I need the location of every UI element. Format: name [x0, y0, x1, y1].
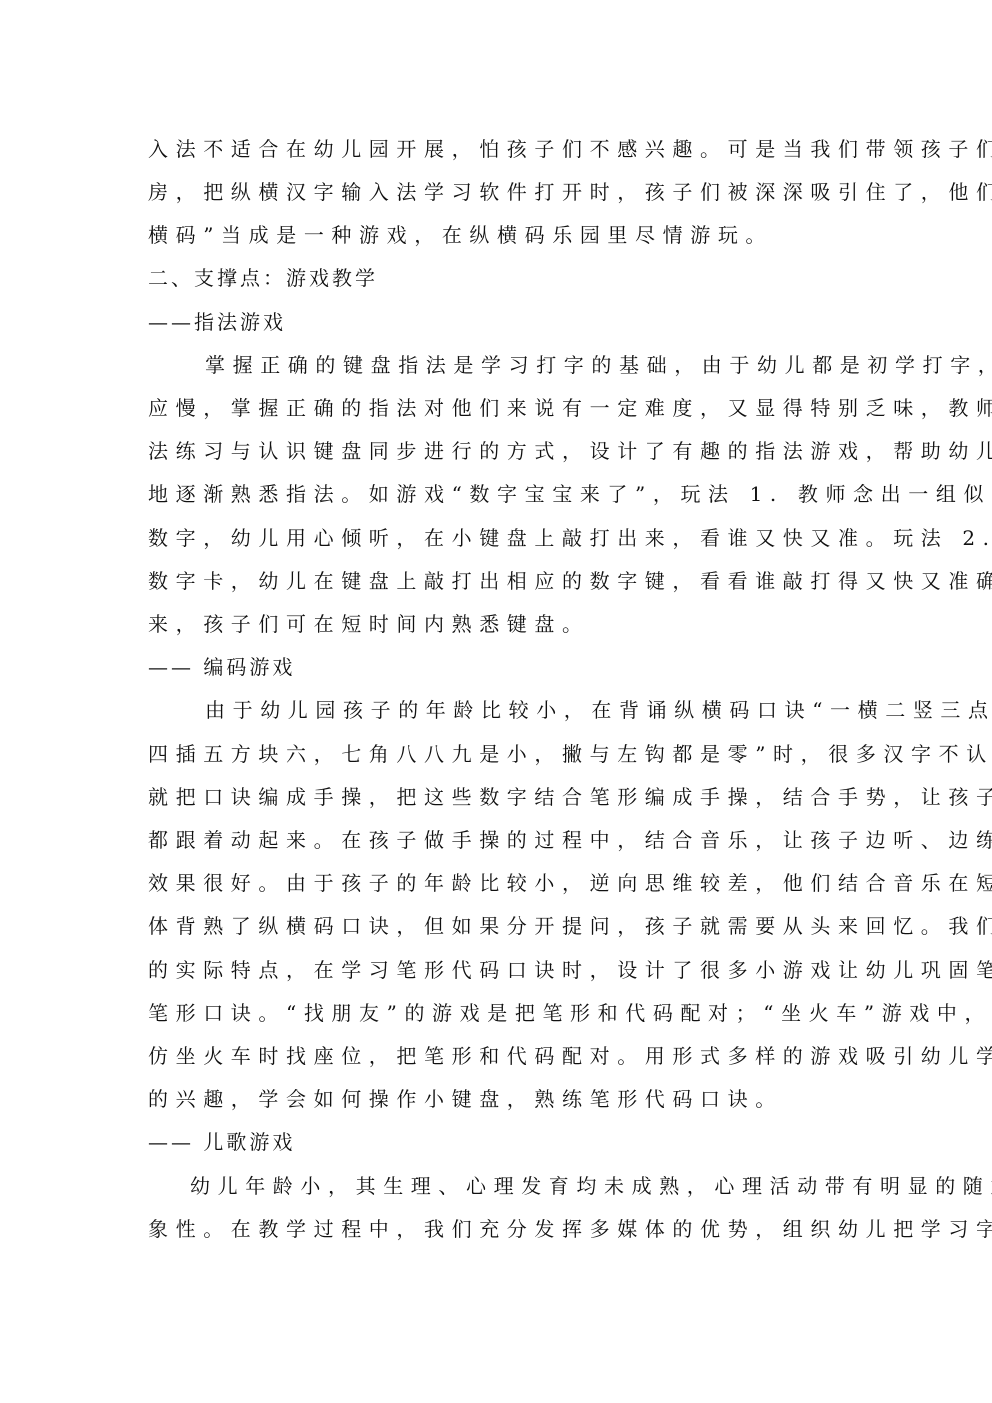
section-heading: 二、支撑点：游戏教学 — [148, 266, 378, 290]
paragraph-line: 幼儿年龄小，其生理、心理发育均未成熟，心理活动带有明显的随意性和形 — [190, 1174, 992, 1198]
paragraph-line: 地逐渐熟悉指法。如游戏“数字宝宝来了”，玩法 1. 教师念出一组似电话号码的 — [148, 482, 992, 506]
paragraph-line: 来，孩子们可在短时间内熟悉键盘。 — [148, 612, 590, 636]
paragraph-line: 四插五方块六，七角八八九是小，撇与左钩都是零”时，很多汉字不认识，我们 — [148, 742, 992, 766]
paragraph-line: 都跟着动起来。在孩子做手操的过程中，结合音乐，让孩子边听、边练、边记， — [148, 828, 992, 852]
paragraph-line: 房，把纵横汉字输入法学习软件打开时，孩子们被深深吸引住了，他们把学习“纵 — [148, 180, 992, 204]
document-page: 入法不适合在幼儿园开展，怕孩子们不感兴趣。可是当我们带领孩子们来到电脑 房，把纵… — [0, 0, 992, 1403]
paragraph-line: 横码”当成是一种游戏，在纵横码乐园里尽情游玩。 — [148, 223, 773, 247]
subsection-heading: ——指法游戏 — [148, 310, 286, 334]
paragraph-line: 体背熟了纵横码口诀，但如果分开提问，孩子就需要从头来回忆。我们结合孩子 — [148, 914, 992, 938]
subsection-heading: —— 编码游戏 — [148, 655, 295, 679]
paragraph-line: 法练习与认识键盘同步进行的方式，设计了有趣的指法游戏，帮助幼儿由慢到快 — [148, 439, 992, 463]
paragraph-line: 数字，幼儿用心倾听，在小键盘上敲打出来，看谁又快又准。玩法 2. 教师出示 — [148, 526, 992, 550]
paragraph-line: 由于幼儿园孩子的年龄比较小，在背诵纵横码口诀“一横二竖三点捺，叉 — [205, 698, 992, 722]
paragraph-line: 掌握正确的键盘指法是学习打字的基础，由于幼儿都是初学打字，手指反 — [205, 353, 992, 377]
paragraph-line: 就把口诀编成手操，把这些数字结合笔形编成手操，结合手势，让孩子整个身体 — [148, 785, 992, 809]
paragraph-line: 应慢，掌握正确的指法对他们来说有一定难度，又显得特别乏味，教师们采用指 — [148, 396, 992, 420]
subsection-heading: —— 儿歌游戏 — [148, 1130, 295, 1154]
paragraph-line: 仿坐火车时找座位，把笔形和代码配对。用形式多样的游戏吸引幼儿学习纵横码 — [148, 1044, 992, 1068]
paragraph-line: 的兴趣，学会如何操作小键盘，熟练笔形代码口诀。 — [148, 1087, 783, 1111]
paragraph-line: 入法不适合在幼儿园开展，怕孩子们不感兴趣。可是当我们带领孩子们来到电脑 — [148, 137, 992, 161]
paragraph-line: 效果很好。由于孩子的年龄比较小，逆向思维较差，他们结合音乐在短时间内整 — [148, 871, 992, 895]
paragraph-line: 笔形口诀。“找朋友”的游戏是把笔形和代码配对；“坐火车”游戏中，孩子们模 — [148, 1001, 992, 1025]
paragraph-line: 数字卡，幼儿在键盘上敲打出相应的数字键，看看谁敲打得又快又准确。这样一 — [148, 569, 992, 593]
paragraph-line: 象性。在教学过程中，我们充分发挥多媒体的优势，组织幼儿把学习字宝宝和认 — [148, 1217, 992, 1241]
paragraph-line: 的实际特点，在学习笔形代码口诀时，设计了很多小游戏让幼儿巩固笔形代码和 — [148, 958, 992, 982]
